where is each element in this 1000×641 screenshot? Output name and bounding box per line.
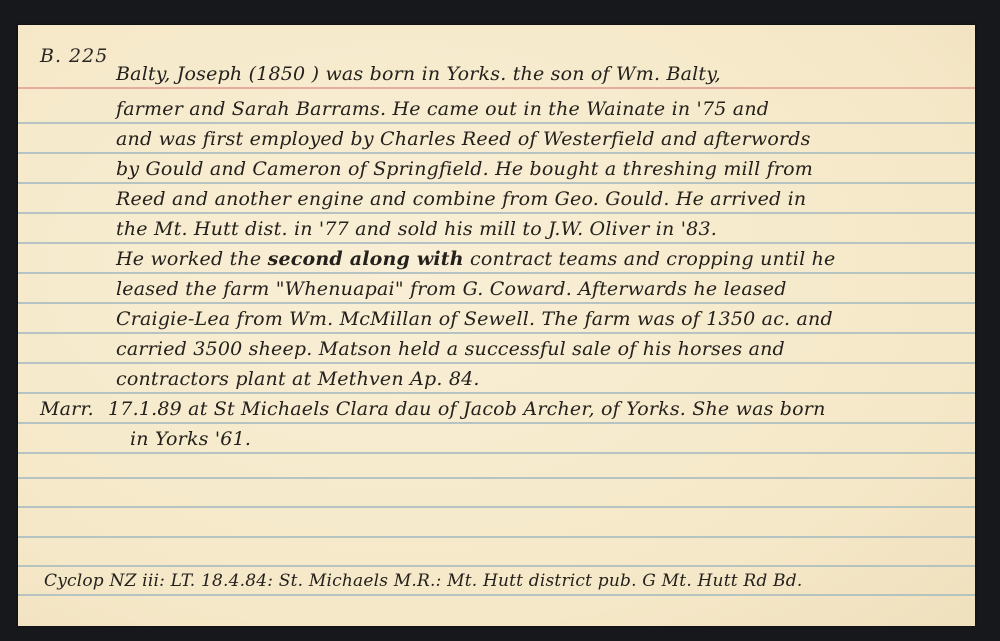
header-rule-red [18,87,975,89]
marriage-line-2: in Yorks '61. [130,428,251,450]
rule-line [18,122,975,124]
sources-line: Cyclop NZ iii: LT. 18.4.84: St. Michaels… [44,571,802,591]
rule-line [18,332,975,334]
archive-card: B. 225 Balty, Joseph (1850 ) was born in… [18,25,975,626]
entry-line-9: Craigie-Lea from Wm. McMillan of Sewell.… [116,308,833,330]
entry-line-3: and was first employed by Charles Reed o… [116,128,811,150]
rule-line [18,212,975,214]
rule-line [18,536,975,538]
rule-line [18,594,975,596]
entry-line-4: by Gould and Cameron of Springfield. He … [116,158,813,180]
entry-line-1: Balty, Joseph (1850 ) was born in Yorks.… [116,63,721,85]
marriage-label: Marr. [40,398,94,420]
entry-line-7-bold: second along with [268,248,464,270]
entry-line-10: carried 3500 sheep. Matson held a succes… [116,338,785,360]
rule-line [18,272,975,274]
rule-line [18,302,975,304]
rule-line [18,392,975,394]
rule-line [18,506,975,508]
rule-line [18,477,975,479]
entry-line-2: farmer and Sarah Barrams. He came out in… [116,98,769,120]
entry-line-11: contractors plant at Methven Ap. 84. [116,368,480,390]
entry-line-5: Reed and another engine and combine from… [116,188,806,210]
rule-line [18,565,975,567]
rule-line [18,362,975,364]
rule-line [18,242,975,244]
entry-line-6: the Mt. Hutt dist. in '77 and sold his m… [116,218,717,240]
card-reference-number: B. 225 [40,45,108,67]
entry-line-8: leased the farm "Whenuapai" from G. Cowa… [116,278,787,300]
rule-line [18,422,975,424]
entry-line-7: He worked the second along with contract… [116,248,835,270]
rule-line [18,182,975,184]
entry-line-7-end: contract teams and cropping until he [464,248,836,270]
rule-line [18,452,975,454]
rule-line [18,152,975,154]
entry-line-7-start: He worked the [116,248,268,270]
marriage-line-1: 17.1.89 at St Michaels Clara dau of Jaco… [108,398,826,420]
